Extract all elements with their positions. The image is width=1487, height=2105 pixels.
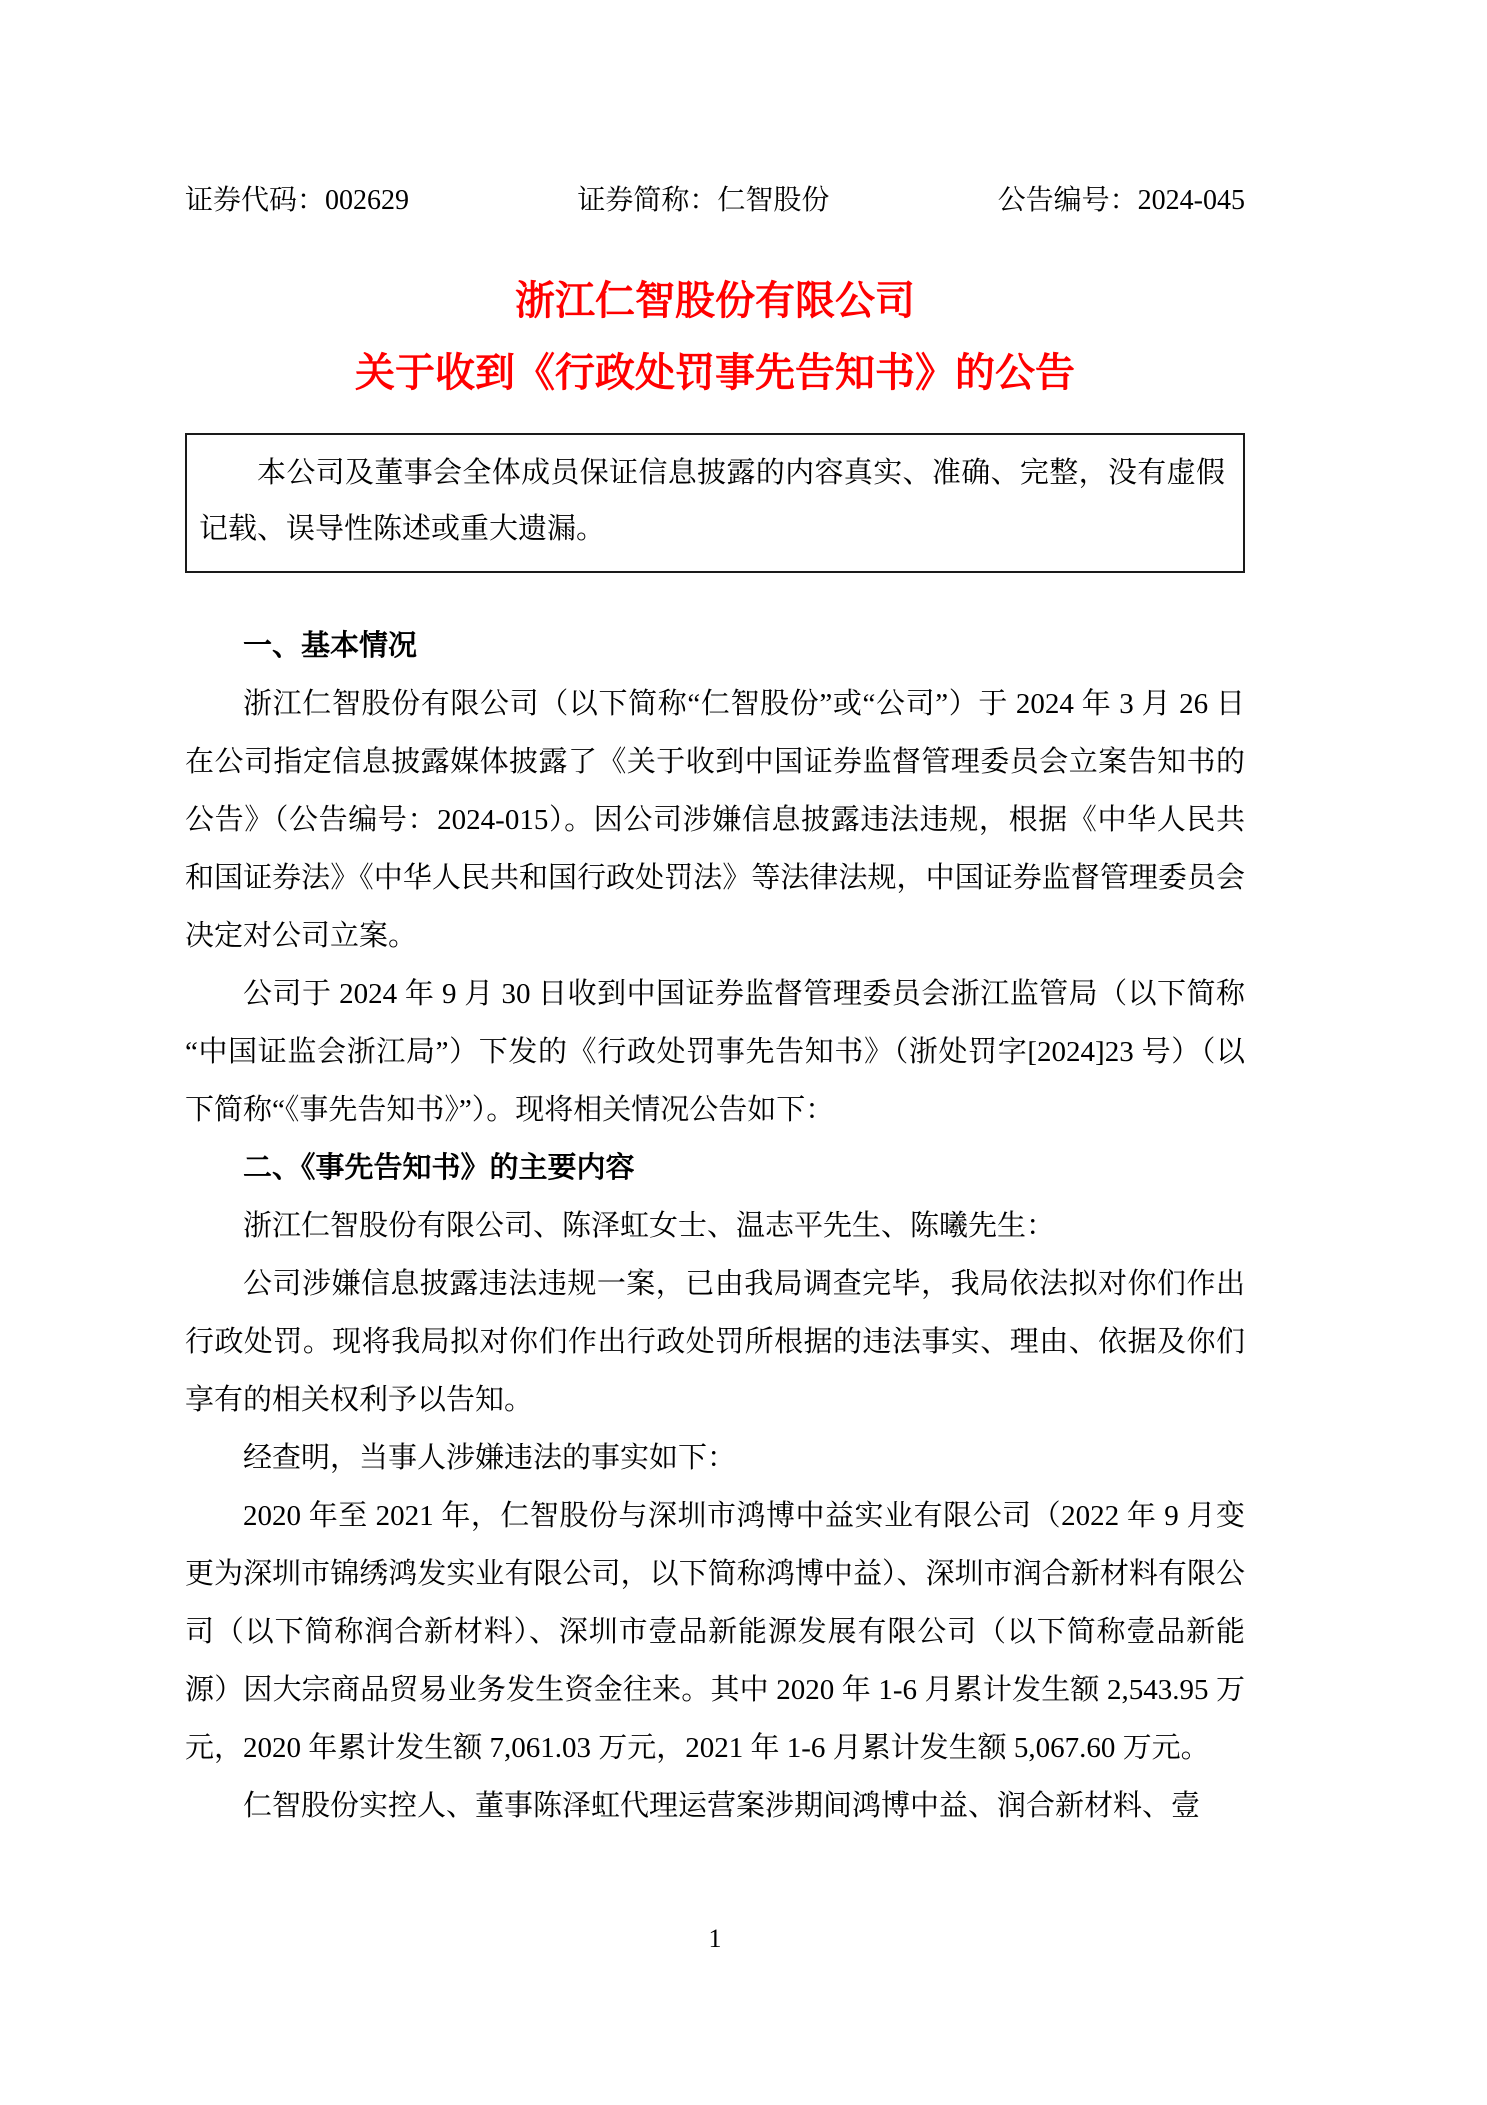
paragraph-facts-intro: 经查明，当事人涉嫌违法的事实如下： xyxy=(185,1429,1245,1487)
document-body: 一、基本情况 浙江仁智股份有限公司（以下简称“仁智股份”或“公司”）于 2024… xyxy=(185,617,1245,1835)
document-header: 证券代码：002629 证券简称：仁智股份 公告编号：2024-045 xyxy=(185,183,1245,219)
paragraph-case-filing: 浙江仁智股份有限公司（以下简称“仁智股份”或“公司”）于 2024 年 3 月 … xyxy=(185,675,1245,965)
stock-code: 证券代码：002629 xyxy=(185,183,409,219)
paragraph-fund-transactions: 2020 年至 2021 年，仁智股份与深圳市鸿博中益实业有限公司（2022 年… xyxy=(185,1487,1245,1777)
stock-abbr: 证券简称：仁智股份 xyxy=(577,183,829,219)
page-content: 证券代码：002629 证券简称：仁智股份 公告编号：2024-045 浙江仁智… xyxy=(185,0,1245,1835)
paragraph-addressees: 浙江仁智股份有限公司、陈泽虹女士、温志平先生、陈曦先生： xyxy=(185,1197,1245,1255)
disclaimer-text: 本公司及董事会全体成员保证信息披露的内容真实、准确、完整，没有虚假记载、误导性陈… xyxy=(199,457,1225,545)
section-heading-notice-content: 二、《事先告知书》的主要内容 xyxy=(185,1139,1245,1197)
announcement-number: 公告编号：2024-045 xyxy=(998,183,1245,219)
company-title: 浙江仁智股份有限公司 xyxy=(185,277,1245,325)
section-heading-basic-info: 一、基本情况 xyxy=(185,617,1245,675)
disclaimer-box: 本公司及董事会全体成员保证信息披露的内容真实、准确、完整，没有虚假记载、误导性陈… xyxy=(185,433,1245,573)
paragraph-controller-partial: 仁智股份实控人、董事陈泽虹代理运营案涉期间鸿博中益、润合新材料、壹 xyxy=(185,1777,1245,1835)
page-number: 1 xyxy=(185,1924,1245,1954)
announcement-page: 证券代码：002629 证券简称：仁智股份 公告编号：2024-045 浙江仁智… xyxy=(0,0,1487,2105)
paragraph-notice-received: 公司于 2024 年 9 月 30 日收到中国证券监督管理委员会浙江监管局（以下… xyxy=(185,965,1245,1139)
announcement-subject-title: 关于收到《行政处罚事先告知书》的公告 xyxy=(185,349,1245,397)
paragraph-investigation-complete: 公司涉嫌信息披露违法违规一案，已由我局调查完毕，我局依法拟对你们作出行政处罚。现… xyxy=(185,1255,1245,1429)
